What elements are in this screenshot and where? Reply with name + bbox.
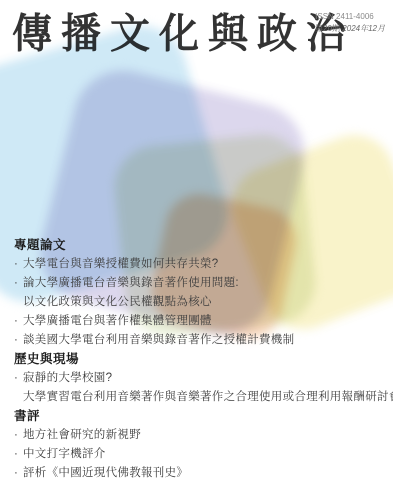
toc-item-continuation: 以文化政策與文化公民權觀點為核心 (14, 293, 387, 312)
table-of-contents: 專題論文 · 大學電台與音樂授權費如何共存共榮? · 論大學廣播電台音樂與錄音著… (14, 236, 387, 480)
toc-item: · 地方社會研究的新視野 (14, 426, 387, 445)
bullet: · (14, 426, 23, 445)
section-heading: 歷史與現場 (14, 350, 387, 369)
toc-item-text: 地方社會研究的新視野 (23, 426, 141, 445)
bullet: · (14, 445, 23, 464)
journal-title: 傳播文化與政治 (12, 1, 355, 59)
toc-item: · 談美國大學電台利用音樂與錄音著作之授權計費機制 (14, 331, 387, 350)
bullet: · (14, 274, 23, 293)
toc-item-text: 評析《中國近現代佛教報刊史》 (23, 464, 188, 480)
toc-section-special-topic: 專題論文 · 大學電台與音樂授權費如何共存共榮? · 論大學廣播電台音樂與錄音著… (14, 236, 387, 350)
toc-section-history: 歷史與現場 · 寂靜的大學校園? 大學實習電台利用音樂著作與音樂著作之合理使用或… (14, 350, 387, 407)
toc-item: · 大學廣播電台與著作權集體管理團體 (14, 312, 387, 331)
bullet: · (14, 369, 23, 388)
section-heading: 專題論文 (14, 236, 387, 255)
bullet (14, 293, 23, 312)
toc-item-text: 中文打字機評介 (23, 445, 106, 464)
bullet (14, 388, 23, 407)
toc-item-text: 大學電台與音樂授權費如何共存共榮? (23, 255, 219, 274)
toc-item: · 中文打字機評介 (14, 445, 387, 464)
toc-item-text: 大學廣播電台與著作權集體管理團體 (23, 312, 212, 331)
toc-item-text: 大學實習電台利用音樂著作與音樂著作之合理使用或合理利用報酬研討會 (23, 388, 393, 407)
toc-item-text: 談美國大學電台利用音樂與錄音著作之授權計費機制 (23, 331, 294, 350)
bullet: · (14, 312, 23, 331)
toc-item-text: 寂靜的大學校園? (23, 369, 112, 388)
toc-item-text: 論大學廣播電台音樂與錄音著作使用問題: (23, 274, 239, 293)
toc-item: · 論大學廣播電台音樂與錄音著作使用問題: (14, 274, 387, 293)
bullet: · (14, 331, 23, 350)
toc-item: · 大學電台與音樂授權費如何共存共榮? (14, 255, 387, 274)
issue-date: 2024年12月 (342, 24, 385, 33)
issue-number: 第20期 (315, 24, 340, 33)
journal-cover: 傳播文化與政治 ISSN 2411-4006 第20期 2024年12月 專題論… (0, 0, 393, 480)
issn-text: ISSN 2411-4006 (315, 11, 385, 23)
toc-item-text: 以文化政策與文化公民權觀點為核心 (23, 293, 212, 312)
toc-item: · 評析《中國近現代佛教報刊史》 (14, 464, 387, 480)
bullet: · (14, 464, 23, 480)
issue-info: ISSN 2411-4006 第20期 2024年12月 (315, 11, 385, 34)
toc-section-book-reviews: 書評 · 地方社會研究的新視野 · 中文打字機評介 · 評析《中國近現代佛教報刊… (14, 407, 387, 480)
bullet: · (14, 255, 23, 274)
toc-item: · 寂靜的大學校園? (14, 369, 387, 388)
toc-item-continuation: 大學實習電台利用音樂著作與音樂著作之合理使用或合理利用報酬研討會 (14, 388, 387, 407)
issue-line: 第20期 2024年12月 (315, 23, 385, 35)
section-heading: 書評 (14, 407, 387, 426)
